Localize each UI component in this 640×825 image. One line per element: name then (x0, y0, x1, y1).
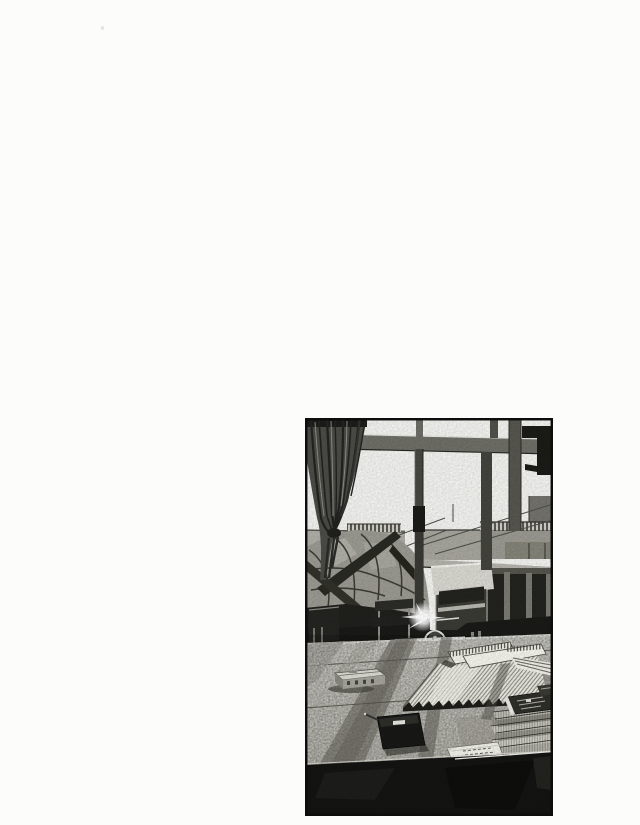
scan-speck (101, 26, 104, 30)
manga-panel-art (305, 418, 553, 816)
scan-grain (305, 418, 553, 816)
blank-page (0, 0, 640, 825)
manga-panel (305, 418, 553, 816)
